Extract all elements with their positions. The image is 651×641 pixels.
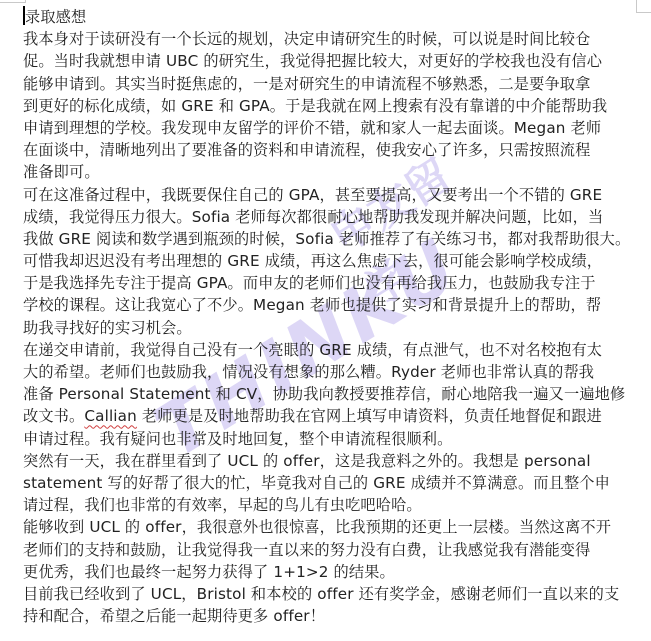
title-text: 录取感想 — [25, 8, 86, 26]
text-line: 能够申请到。其实当时挺焦虑的，一是对研究生的申请流程不够熟悉，二是要争取拿 — [23, 73, 641, 95]
text-line: 学校的课程。这让我宽心了不少。Megan 老师也提供了实习和背景提升上的帮助，帮 — [23, 294, 641, 316]
text-line: 促。当时我就想申请 UBC 的研究生，我觉得把握比较大，对更好的学校我也没有信心 — [23, 50, 641, 72]
text-line: 到更好的标化成绩，如 GRE 和 GPA。于是我就在网上搜索有没有靠谱的中介能帮… — [23, 95, 641, 117]
text-segment: 改文书。 — [23, 407, 84, 425]
text-line: 可在这准备过程中，我既要保住自己的 GPA，甚至要提高，又要考出一个不错的 GR… — [23, 184, 641, 206]
text-line: 可惜我却迟迟没有考出理想的 GRE 成绩，再这么焦虑下去，很可能会影响学校成绩， — [23, 250, 641, 272]
text-line: 我本身对于读研没有一个长远的规划，决定申请研究生的时候，可以说是时间比较仓 — [23, 28, 641, 50]
page-corner-mark-left — [0, 0, 26, 3]
text-line-callian: 改文书。Callian 老师更是及时地帮助我在官网上填写申请资料，负责任地督促和… — [23, 405, 641, 427]
text-line: 请过程，我们也非常的有效率，早起的鸟儿有虫吃吧哈哈。 — [23, 494, 641, 516]
document-body[interactable]: 录取感想 我本身对于读研没有一个长远的规划，决定申请研究生的时候，可以说是时间比… — [23, 6, 641, 627]
text-line: 准备即可。 — [23, 161, 641, 183]
text-line: 更优秀，我们也最终一起努力获得了 1+1>2 的结果。 — [23, 561, 641, 583]
spellcheck-flagged-word[interactable]: Callian — [84, 407, 137, 425]
text-line: 准备 Personal Statement 和 CV，协助我向教授要推荐信，耐心… — [23, 383, 641, 405]
text-line: 持和配合，希望之后能一起期待更多 offer！ — [23, 605, 641, 627]
text-line: 于是我选择先专注于提高 GPA。而申友的老师们也没有再给我压力，也鼓励我专注于 — [23, 272, 641, 294]
text-line: 老师们的支持和鼓励，让我觉得我一直以来的努力没有白费，让我感觉我有潜能变得 — [23, 539, 641, 561]
text-line: 大的希望。老师们也鼓励我，情况没有想象的那么糟。Ryder 老师也非常认真的帮我 — [23, 361, 641, 383]
text-line: 在面谈中，清晰地列出了要准备的资料和申请流程，使我安心了许多，只需按照流程 — [23, 139, 641, 161]
text-line: statement 写的好帮了很大的忙，毕竟我对自己的 GRE 成绩并不算满意。… — [23, 472, 641, 494]
text-line: 申请过程。我有疑问也非常及时地回复，整个申请流程很顺利。 — [23, 428, 641, 450]
text-line: 目前我已经收到了 UCL，Bristol 和本校的 offer 还有奖学金，感谢… — [23, 583, 641, 605]
text-line: 突然有一天，我在群里看到了 UCL 的 offer，这是我意料之外的。我想是 p… — [23, 450, 641, 472]
document-page: THINKU 申友留学 录取感想 我本身对于读研没有一个长远的规划，决定申请研究… — [0, 0, 651, 641]
text-segment: 老师更是及时地帮助我在官网上填写申请资料，负责任地督促和跟进 — [137, 407, 602, 425]
text-line: 助我寻找好的实习机会。 — [23, 317, 641, 339]
text-line: 成绩，我觉得压力很大。Sofia 老师每次都很耐心地帮助我发现并解决问题，比如，… — [23, 206, 641, 228]
text-line: 在递交申请前，我觉得自己没有一个亮眼的 GRE 成绩，有点泄气，也不对名校抱有太 — [23, 339, 641, 361]
text-line: 申请到理想的学校。我发现申友留学的评价不错，就和家人一起去面谈。Megan 老师 — [23, 117, 641, 139]
text-line: 能够收到 UCL 的 offer，我很意外也很惊喜，比我预期的还更上一层楼。当然… — [23, 516, 641, 538]
text-line: 我做 GRE 阅读和数学遇到瓶颈的时候，Sofia 老师推荐了有关练习书，都对我… — [23, 228, 641, 250]
document-title: 录取感想 — [23, 6, 641, 28]
